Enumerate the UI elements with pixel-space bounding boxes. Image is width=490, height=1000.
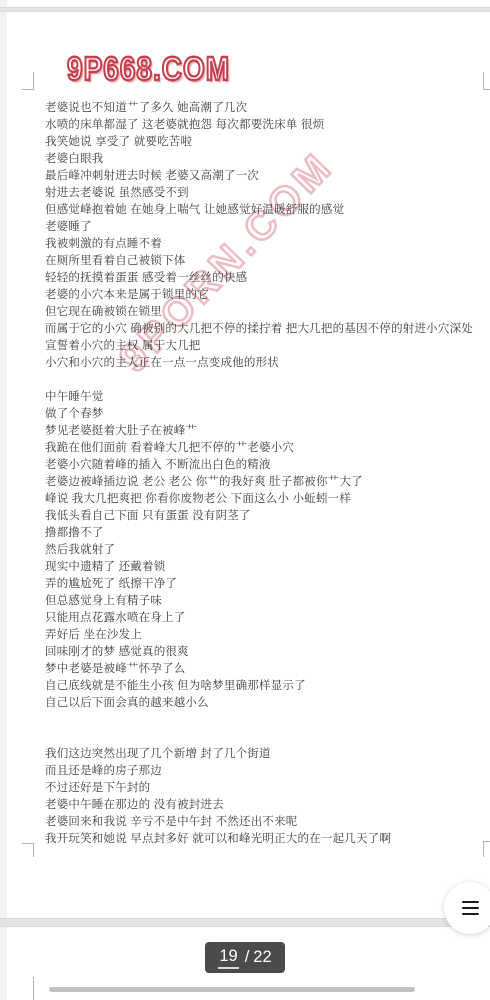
- text-line: 老婆睡了: [45, 219, 490, 236]
- corner-mark: [33, 977, 34, 1000]
- menu-button[interactable]: [444, 882, 490, 934]
- text-line: 老婆中午睡在那边的 没有被封进去: [45, 797, 490, 814]
- text-line: 弄的尴尬死了 纸擦干净了: [45, 576, 490, 593]
- text-line: 我开玩笑和她说 早点封多好 就可以和峰光明正大的在一起几天了啊: [45, 831, 490, 848]
- text-line: 然后我就射了: [45, 542, 490, 559]
- text-line: 我跪在他们面前 看着峰大几把不停的艹老婆小穴: [45, 440, 490, 457]
- text-line: 老婆的小穴本来是属于锁里的它: [45, 287, 490, 304]
- text-line: 但总感觉身上有精子味: [45, 593, 490, 610]
- text-line: 撸都撸不了: [45, 525, 490, 542]
- text-line: 中午睡午觉: [45, 389, 490, 406]
- text-line: 我们这边突然出现了几个新增 封了几个街道: [45, 746, 490, 763]
- text-line: 弄好后 坐在沙发上: [45, 627, 490, 644]
- corner-mark: [22, 89, 33, 90]
- document-text: 老婆说也不知道艹了多久 她高潮了几次水喷的床单都湿了 这老婆就抱怨 每次都要洗床…: [45, 100, 490, 848]
- text-line: 轻轻的抚摸着蛋蛋 感受着一丝丝的快感: [45, 270, 490, 287]
- page-gap: [0, 918, 490, 927]
- text-line: 只能用点花露水喷在身上了: [45, 610, 490, 627]
- text-line: 老婆回来和我说 辛亏不是中午封 不然还出不来呢: [45, 814, 490, 831]
- text-line: 射进去老婆说 虽然感受不到: [45, 185, 490, 202]
- corner-mark: [484, 89, 490, 90]
- text-line: 最后峰冲刺射进去时候 老婆又高潮了一次: [45, 168, 490, 185]
- text-line: 做了个春梦: [45, 406, 490, 423]
- hamburger-menu-icon: [462, 901, 479, 916]
- corner-mark: [33, 72, 34, 90]
- text-line: 但它现在确被锁在锁里: [45, 304, 490, 321]
- text-line: 在厕所里看着自己被锁下体: [45, 253, 490, 270]
- text-line: 宣誓着小穴的主权 属于大几把: [45, 338, 490, 355]
- text-line: 水喷的床单都湿了 这老婆就抱怨 每次都要洗床单 很烦: [45, 117, 490, 134]
- text-line: 自己以后下面会真的越来越小么: [45, 695, 490, 712]
- text-line: 梦中老婆是被峰艹怀孕了么: [45, 661, 490, 678]
- text-line: 而且还是峰的房子那边: [45, 763, 490, 780]
- document-page: 9P668.COM 9PORN.COM 老婆说也不知道艹了多久 她高潮了几次水喷…: [7, 12, 490, 918]
- text-line: [45, 729, 490, 746]
- text-line: 回味刚才的梦 感觉真的很爽: [45, 644, 490, 661]
- text-line: 而属于它的小穴 确被别的大几把不停的揉拧着 把大几把的基因不停的射进小穴深处: [45, 321, 490, 338]
- site-watermark-top: 9P668.COM: [67, 50, 230, 88]
- text-line: [45, 372, 490, 389]
- text-line: [45, 712, 490, 729]
- text-line: 梦见老婆挺着大肚子在被峰艹: [45, 423, 490, 440]
- text-line: 我被刺激的有点睡不着: [45, 236, 490, 253]
- corner-mark: [483, 72, 484, 90]
- text-line: 老婆白眼我: [45, 151, 490, 168]
- text-line: 但感觉峰抱着她 在她身上喘气 让她感觉好温暖舒服的感觉: [45, 202, 490, 219]
- total-pages-label: 22: [253, 948, 271, 967]
- text-line: 小穴和小穴的主人正在一点一点变成他的形状: [45, 355, 490, 372]
- corner-mark: [33, 843, 34, 857]
- text-line: 老婆小穴随着峰的插入 不断流出白色的精液: [45, 457, 490, 474]
- text-line: 我低头看自己下面 只有蛋蛋 没有阴茎了: [45, 508, 490, 525]
- text-line: 不过还好是下午封的: [45, 780, 490, 797]
- page-separator: /: [245, 948, 250, 967]
- text-line: 现实中遗精了 还戴着锁: [45, 559, 490, 576]
- page-indicator[interactable]: 19 / 22: [205, 942, 285, 973]
- text-line: 自己底线就是不能生小孩 但为啥梦里确那样显示了: [45, 678, 490, 695]
- text-line: 老婆边被峰插边说 老公 老公 你艹的我好爽 肚子都被你艹大了: [45, 474, 490, 491]
- text-line: 我笑她说 享受了 就要吃苦啦: [45, 134, 490, 151]
- previous-page-edge: [7, 0, 490, 7]
- current-page-input[interactable]: 19: [218, 947, 238, 969]
- text-line: 峰说 我大几把爽把 你看你废物老公 下面这么小 小蚯蚓一样: [45, 491, 490, 508]
- text-line: 老婆说也不知道艹了多久 她高潮了几次: [45, 100, 490, 117]
- corner-mark: [22, 843, 33, 844]
- reading-progress-bar[interactable]: [49, 987, 415, 992]
